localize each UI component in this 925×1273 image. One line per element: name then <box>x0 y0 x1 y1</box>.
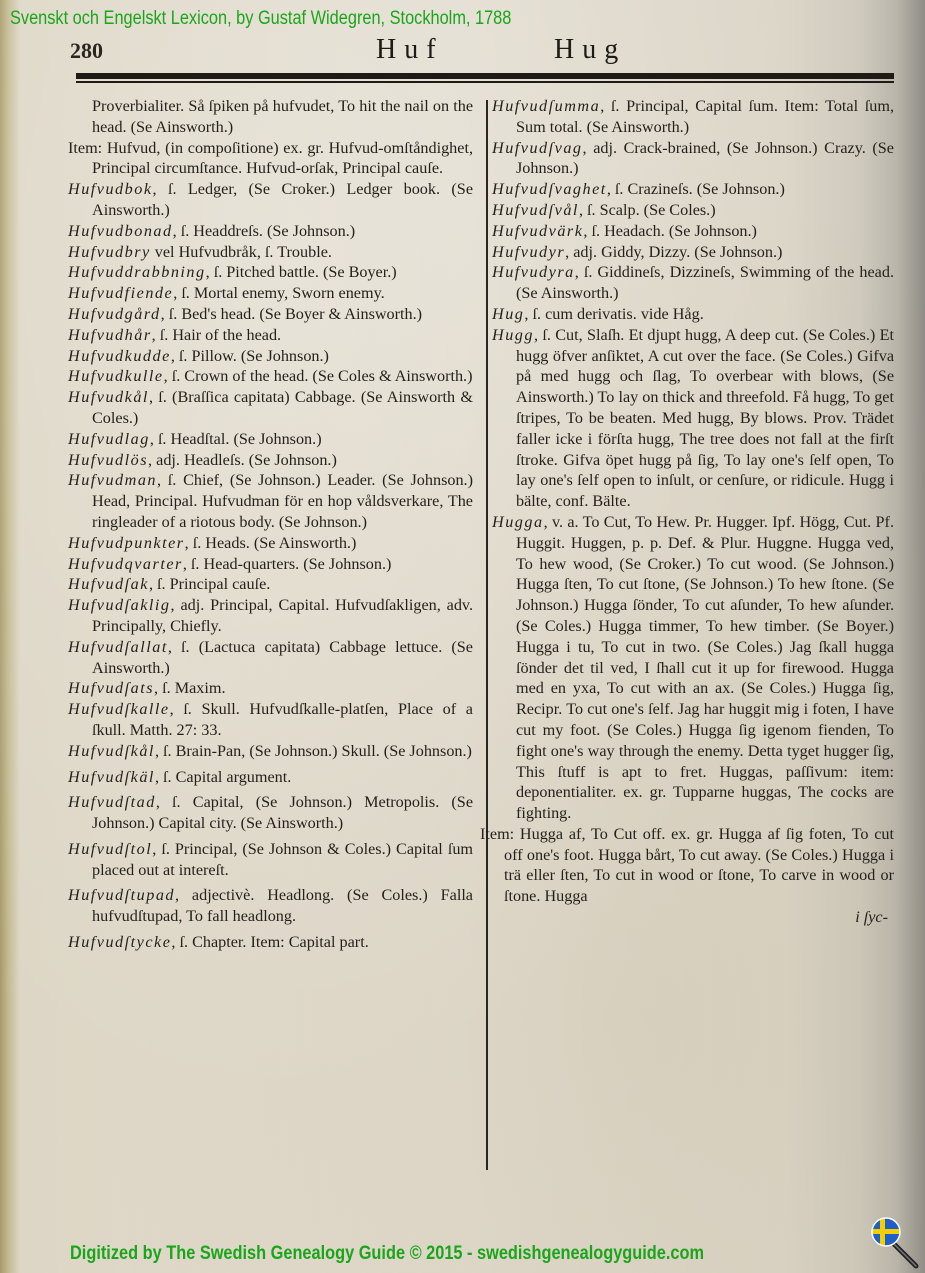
dictionary-entry: Hufvudſtad, ſ. Capital, (Se Johnson.) Me… <box>68 792 473 834</box>
headword: Hufvudſtycke <box>68 933 171 951</box>
headword: Hugg <box>492 326 534 344</box>
dictionary-entry: Hug, ſ. cum derivatis. vide Håg. <box>492 304 894 325</box>
dictionary-entry: Hufvudſaklig, adj. Principal, Capital. H… <box>68 595 473 637</box>
headword: Hufvudſkål <box>68 742 155 760</box>
dictionary-entry: Hufvudſkalle, ſ. Skull. Hufvudſkalle-pla… <box>68 699 473 741</box>
right-column: Hufvudſumma, ſ. Principal, Capital ſum. … <box>492 96 894 928</box>
dictionary-entry: Hufvudſvag, adj. Crack-brained, (Se John… <box>492 138 894 180</box>
headword: Hufvudfiende <box>68 284 173 302</box>
headword: Hufvudman <box>68 471 157 489</box>
dictionary-entry: Hufvudkudde, ſ. Pillow. (Se Johnson.) <box>68 346 473 367</box>
dictionary-entry: Hugga, v. a. To Cut, To Hew. Pr. Hugger.… <box>492 512 894 824</box>
headword: Hufvuddrabbning <box>68 263 206 281</box>
headword: Hufvudſats <box>68 679 154 697</box>
dictionary-entry: Hufvudſvaghet, ſ. Crazineſs. (Se Johnson… <box>492 179 894 200</box>
digitizer-footer: Digitized by The Swedish Genealogy Guide… <box>70 1243 704 1265</box>
headword: Hufvudſkalle <box>68 700 170 718</box>
headword: Hufvudhår <box>68 326 152 344</box>
headword: Hufvudvärk <box>492 222 583 240</box>
dictionary-entry: Hufvudyra, ſ. Giddineſs, Dizzineſs, Swim… <box>492 262 894 304</box>
dictionary-entry: Hufvudkål, ſ. (Braſſica capitata) Cabbag… <box>68 387 473 429</box>
dictionary-entry: Hufvudqvarter, ſ. Head-quarters. (Se Joh… <box>68 554 473 575</box>
headword: Hug <box>492 305 524 323</box>
dictionary-entry: Hufvudvärk, ſ. Headach. (Se Johnson.) <box>492 221 894 242</box>
headword: Hufvudſkäl <box>68 768 155 786</box>
headword: Hufvudlag <box>68 430 150 448</box>
dictionary-entry: Hufvudlös, adj. Headleſs. (Se Johnson.) <box>68 450 473 471</box>
dictionary-entry: Hufvudman, ſ. Chief, (Se Johnson.) Leade… <box>68 470 473 532</box>
headword: Hufvudbonad <box>68 222 173 240</box>
headword: Hufvudſaklig <box>68 596 171 614</box>
headword: Hufvudſvag <box>492 139 583 157</box>
headword: Hufvudkål <box>68 388 149 406</box>
headword: Hufvudſtad <box>68 793 156 811</box>
dictionary-entry: Hufvudſkål, ſ. Brain-Pan, (Se Johnson.) … <box>68 741 473 762</box>
dictionary-entry: Hufvudpunkter, ſ. Heads. (Se Ainsworth.) <box>68 533 473 554</box>
headword: Hufvudbok <box>68 180 153 198</box>
dictionary-entry: Proverbialiter. Så ſpiken på hufvudet, T… <box>68 96 473 138</box>
headword: Hufvudyr <box>492 243 565 261</box>
headword: Hufvudkudde <box>68 347 171 365</box>
dictionary-entry: Hufvudhår, ſ. Hair of the head. <box>68 325 473 346</box>
source-banner: Svenskt och Engelskt Lexicon, by Gustaf … <box>10 8 511 30</box>
dictionary-entry: Hufvudbok, ſ. Ledger, (Se Croker.) Ledge… <box>68 179 473 221</box>
dictionary-entry: Hufvudſtycke, ſ. Chapter. Item: Capital … <box>68 932 473 953</box>
dictionary-entry: Hufvudſats, ſ. Maxim. <box>68 678 473 699</box>
headword: Hufvudqvarter <box>68 555 183 573</box>
dictionary-entry: Hufvudbry vel Hufvudbråk, ſ. Trouble. <box>68 242 473 263</box>
headword: Hufvudſvaghet <box>492 180 607 198</box>
dictionary-entry: Hufvudſtol, ſ. Principal, (Se Johnson & … <box>68 839 473 881</box>
headword: Hufvudſak <box>68 575 149 593</box>
dictionary-entry: Hugg, ſ. Cut, Slaſh. Et djupt hugg, A de… <box>492 325 894 512</box>
dictionary-entry: Hufvudyr, adj. Giddy, Dizzy. (Se Johnson… <box>492 242 894 263</box>
guide-word-left: Huf <box>376 34 444 66</box>
headword: Hufvudpunkter <box>68 534 185 552</box>
scanned-page: Svenskt och Engelskt Lexicon, by Gustaf … <box>0 0 925 1273</box>
dictionary-entry: Hufvuddrabbning, ſ. Pitched battle. (Se … <box>68 262 473 283</box>
dictionary-entry: Hufvudſumma, ſ. Principal, Capital ſum. … <box>492 96 894 138</box>
headword: Hufvudſtupad <box>68 886 175 904</box>
header-rule-thick <box>76 73 894 79</box>
dictionary-entry: Hufvudkulle, ſ. Crown of the head. (Se C… <box>68 366 473 387</box>
headword: Hufvudſallat <box>68 638 168 656</box>
dictionary-entry: Hufvudſallat, ſ. (Lactuca capitata) Cabb… <box>68 637 473 679</box>
dictionary-entry: Hufvudgård, ſ. Bed's head. (Se Boyer & A… <box>68 304 473 325</box>
guide-word-right: Hug <box>554 34 626 66</box>
running-head: 280 Huf Hug <box>0 34 925 74</box>
dictionary-entry: Hufvudſkäl, ſ. Capital argument. <box>68 767 473 788</box>
headword: Hufvudbry <box>68 243 151 261</box>
headword: Hufvudgård <box>68 305 161 323</box>
dictionary-entry: Hufvudſtupad, adjectivè. Headlong. (Se C… <box>68 885 473 927</box>
page-number: 280 <box>70 38 103 64</box>
headword: Hufvudyra <box>492 263 575 281</box>
header-rule-thin <box>76 81 894 83</box>
catchword: i ſyc- <box>492 907 894 928</box>
headword: Hufvudſumma <box>492 97 600 115</box>
headword: Hufvudſvål <box>492 201 579 219</box>
dictionary-entry: Hufvudfiende, ſ. Mortal enemy, Sworn ene… <box>68 283 473 304</box>
swedish-flag-magnifier-icon <box>866 1214 922 1270</box>
column-divider <box>486 100 488 1170</box>
headword: Hufvudlös <box>68 451 148 469</box>
left-column: Proverbialiter. Så ſpiken på hufvudet, T… <box>68 96 473 953</box>
dictionary-entry: Hufvudlag, ſ. Headſtal. (Se Johnson.) <box>68 429 473 450</box>
headword: Hugga <box>492 513 544 531</box>
dictionary-entry: Item: Hugga af, To Cut off. ex. gr. Hugg… <box>480 824 894 907</box>
dictionary-entry: Item: Hufvud, (in compoſitione) ex. gr. … <box>68 138 473 180</box>
headword: Hufvudkulle <box>68 367 164 385</box>
dictionary-entry: Hufvudſak, ſ. Principal cauſe. <box>68 574 473 595</box>
headword: Hufvudſtol <box>68 840 152 858</box>
dictionary-entry: Hufvudbonad, ſ. Headdreſs. (Se Johnson.) <box>68 221 473 242</box>
dictionary-entry: Hufvudſvål, ſ. Scalp. (Se Coles.) <box>492 200 894 221</box>
